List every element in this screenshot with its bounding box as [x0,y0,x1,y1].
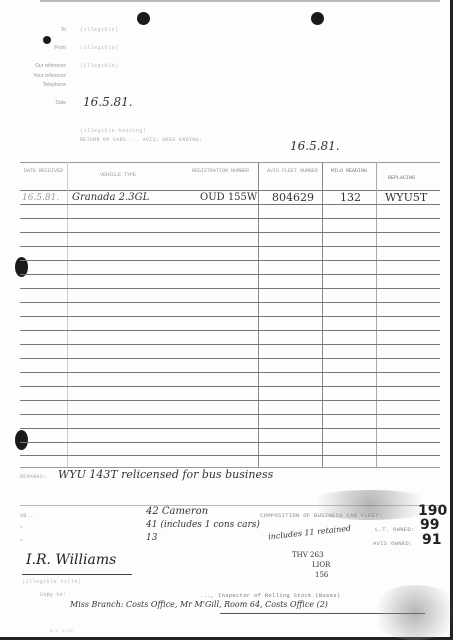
table-rule [20,274,440,275]
table-rule [20,372,440,373]
allocation-value: 42 Cameron [146,506,208,517]
table-top-border [20,162,440,163]
cell-vehicle-type: Granada 2.3GL [72,192,149,203]
allocation-value: 41 (includes 1 cons cars) [146,520,260,530]
remarks-text: WYU 143T relicensed for bus business [58,468,273,481]
your-reference-label: Your reference [10,73,66,79]
lt-owned-value: 99 [420,517,439,533]
calc-note-line: LIOR [312,561,330,569]
table-rule [20,455,440,456]
table-header-border [20,190,440,191]
cell-mileage: 132 [340,191,361,204]
document-page: To (illegible) From (illegible) Our refe… [0,0,453,640]
table-rule [20,400,440,401]
from-label: From [30,45,66,51]
to-label: To [30,27,66,33]
allocation-label: XB... [20,513,37,519]
table-rule [20,288,440,289]
table-rule [20,330,440,331]
calc-note-line: 156 [315,571,328,579]
column-header-registration: REGISTRATION NUMBER [192,168,256,175]
lt-owned-label: L.T. OWNED: [375,526,415,533]
table-rule [20,442,440,443]
date-label: Date [30,100,66,106]
cell-replacing: WYU5T [385,191,427,204]
top-edge-mark [40,0,440,2]
our-reference-value: (illegible) [80,63,119,69]
cell-date: 16.5.81. [22,193,59,203]
table-rule [20,204,440,205]
signature-title: (illegible title) [22,579,82,585]
column-divider [322,162,323,467]
allocation-value: 13 [146,533,157,543]
from-value: (illegible) [80,45,119,51]
avis-owned-value: 91 [422,532,441,548]
punch-hole-icon [137,12,150,25]
column-header-fleet-number: AVIS FLEET NUMBER [267,168,321,175]
table-rule [20,232,440,233]
signature: I.R. Williams [26,552,116,568]
cell-registration: OUD 155W [200,192,257,203]
column-divider [67,162,68,467]
allocation-label: " [20,539,23,545]
column-divider [376,162,377,467]
copies-handwritten: Miss Branch: Costs Office, Mr M'Gill, Ro… [70,600,328,609]
table-rule [20,218,440,219]
calc-note-line: THV 263 [292,551,323,559]
report-heading-line1: (illegible heading) [80,128,147,134]
avis-owned-label: AVIS OWNED: [373,540,413,547]
copies-typed: ..., Inspector of Rolling Stock (Buses) [200,592,340,599]
column-header-date: DATE RECEIVED [24,168,64,175]
table-rule [20,316,440,317]
table-rule [20,358,440,359]
week-ending-value: 16.5.81. [290,139,340,153]
allocation-note: includes 11 retained [268,524,352,542]
to-value: (illegible) [80,27,119,33]
punch-hole-icon [15,430,28,450]
composition-label: COMPOSITION OF BUSINESS CAR FLEET: [260,512,382,519]
copies-label: Copy to: [40,592,66,598]
form-code: A/1 1/79 [50,630,73,634]
scan-smudge [370,585,453,640]
allocation-label: " [20,526,23,532]
signature-underline [22,574,132,575]
punch-hole-icon [43,36,51,44]
column-divider [258,162,259,467]
punch-hole-icon [311,12,324,25]
report-heading-line2: RETURN OF CARS ... AVIS; WEEK ENDING: [80,137,202,143]
table-rule [20,302,440,303]
table-rule [20,428,440,429]
table-rule [20,386,440,387]
column-header-replacing: REPLACING [388,175,438,182]
table-rule [20,260,440,261]
telephone-label: Telephone [10,82,66,88]
date-value: 16.5.81. [83,95,133,109]
table-rule [20,414,440,415]
table-rule [20,344,440,345]
table-rule [20,246,440,247]
our-reference-label: Our reference [10,63,66,69]
column-header-mileage: MILO READING [331,168,375,175]
remarks-label: REMARKS: [20,474,46,480]
cell-fleet-number: 804629 [272,191,314,204]
